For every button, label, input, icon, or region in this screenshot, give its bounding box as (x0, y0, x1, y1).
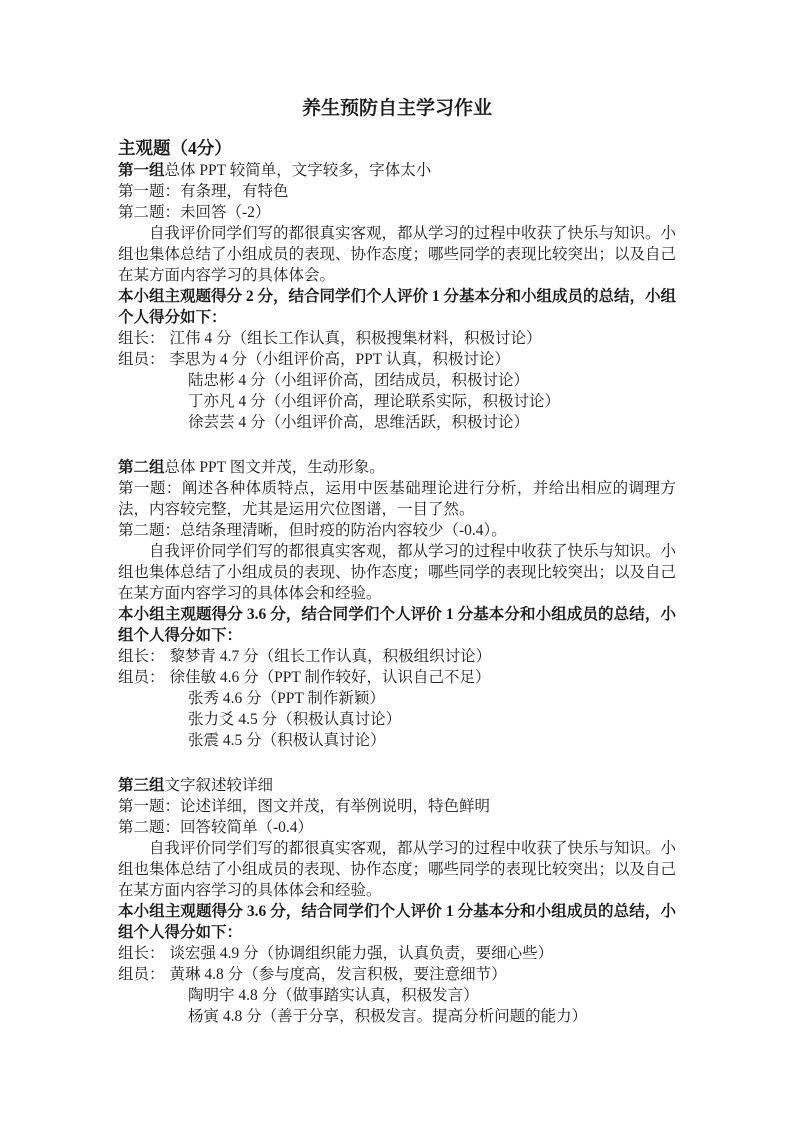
member-text: 张力爻 4.5 分（积极认真讨论） (118, 709, 676, 730)
member-line: 组员：李思为 4 分（小组评价高，PPT 认真，积极讨论） (118, 349, 676, 370)
group-3-section: 第三组文字叙述较详细 第一题：论述详细，图文并茂，有举例说明，特色鲜明 第二题：… (118, 775, 676, 1027)
leader-line: 组长：谈宏强 4.9 分（协调组织能力强，认真负责，要细心些） (118, 943, 676, 964)
leader-label: 组长： (118, 648, 165, 665)
group-overview-line: 第二组总体 PPT 图文并茂，生动形象。 (118, 457, 676, 478)
member-text: 杨寅 4.8 分（善于分享，积极发言。提高分析问题的能力） (118, 1006, 676, 1027)
self-evaluation: 自我评价同学们写的都很真实客观，都从学习的过程中收获了快乐与知识。小组也集体总结… (118, 223, 676, 286)
member-text: 陶明宇 4.8 分（做事踏实认真，积极发言） (118, 985, 676, 1006)
member-text: 张震 4.5 分（积极认真讨论） (118, 730, 676, 751)
member-text: 陆忠彬 4 分（小组评价高，团结成员，积极讨论） (118, 370, 676, 391)
leader-text: 谈宏强 4.9 分（协调组织能力强，认真负责，要细心些） (170, 945, 554, 962)
section-heading: 主观题（4分） (118, 137, 676, 160)
self-evaluation: 自我评价同学们写的都很真实客观，都从学习的过程中收获了快乐与知识。小组也集体总结… (118, 838, 676, 901)
group-overview-line: 第一组总体 PPT 较简单，文字较多，字体太小 (118, 160, 676, 181)
leader-text: 江伟 4 分（组长工作认真，积极搜集材料，积极讨论） (170, 330, 542, 347)
self-evaluation: 自我评价同学们写的都很真实客观，都从学习的过程中收获了快乐与知识。小组也集体总结… (118, 541, 676, 604)
score-summary: 本小组主观题得分 2 分，结合同学们个人评价 1 分基本分和小组成员的总结，小组… (118, 286, 676, 328)
members-label: 组员： (118, 966, 165, 983)
group-label: 第二组 (118, 459, 165, 476)
member-line: 组员：徐佳敏 4.6 分（PPT 制作较好，认识自己不足） (118, 667, 676, 688)
members-label: 组员： (118, 669, 165, 686)
score-summary: 本小组主观题得分 3.6 分，结合同学们个人评价 1 分基本分和小组成员的总结，… (118, 604, 676, 646)
group-1-section: 第一组总体 PPT 较简单，文字较多，字体太小 第一题：有条理，有特色 第二题：… (118, 160, 676, 433)
member-text: 张秀 4.6 分（PPT 制作新颖） (118, 688, 676, 709)
group-overview: 文字叙述较详细 (165, 777, 274, 794)
question-2: 第二题：未回答（-2） (118, 202, 676, 223)
page-title: 养生预防自主学习作业 (118, 96, 676, 122)
group-2-section: 第二组总体 PPT 图文并茂，生动形象。 第一题：阐述各种体质特点，运用中医基础… (118, 457, 676, 751)
score-summary: 本小组主观题得分 3.6 分，结合同学们个人评价 1 分基本分和小组成员的总结，… (118, 901, 676, 943)
member-text: 李思为 4 分（小组评价高，PPT 认真，积极讨论） (170, 351, 510, 368)
members-label: 组员： (118, 351, 165, 368)
group-overview-line: 第三组文字叙述较详细 (118, 775, 676, 796)
question-1: 第一题：论述详细，图文并茂，有举例说明，特色鲜明 (118, 796, 676, 817)
member-line: 组员：黄琳 4.8 分（参与度高，发言积极，要注意细节） (118, 964, 676, 985)
document-page: 养生预防自主学习作业 主观题（4分） 第一组总体 PPT 较简单，文字较多，字体… (0, 0, 794, 1123)
group-overview: 总体 PPT 较简单，文字较多，字体太小 (165, 162, 432, 179)
member-text: 徐佳敏 4.6 分（PPT 制作较好，认识自己不足） (170, 669, 491, 686)
group-label: 第三组 (118, 777, 165, 794)
question-2: 第二题：总结条理清晰，但时疫的防治内容较少（-0.4）。 (118, 520, 676, 541)
member-text: 黄琳 4.8 分（参与度高，发言积极，要注意细节） (170, 966, 507, 983)
group-overview: 总体 PPT 图文并茂，生动形象。 (165, 459, 385, 476)
question-2: 第二题：回答较简单（-0.4） (118, 817, 676, 838)
leader-line: 组长：江伟 4 分（组长工作认真，积极搜集材料，积极讨论） (118, 328, 676, 349)
question-1: 第一题：有条理，有特色 (118, 181, 676, 202)
leader-label: 组长： (118, 330, 165, 347)
leader-label: 组长： (118, 945, 165, 962)
leader-text: 黎梦青 4.7 分（组长工作认真，积极组织讨论） (170, 648, 492, 665)
leader-line: 组长：黎梦青 4.7 分（组长工作认真，积极组织讨论） (118, 646, 676, 667)
group-label: 第一组 (118, 162, 165, 179)
question-1: 第一题：阐述各种体质特点，运用中医基础理论进行分析，并给出相应的调理方法，内容较… (118, 478, 676, 520)
member-text: 徐芸芸 4 分（小组评价高，思维活跃，积极讨论） (118, 412, 676, 433)
member-text: 丁亦凡 4 分（小组评价高，理论联系实际，积极讨论） (118, 391, 676, 412)
